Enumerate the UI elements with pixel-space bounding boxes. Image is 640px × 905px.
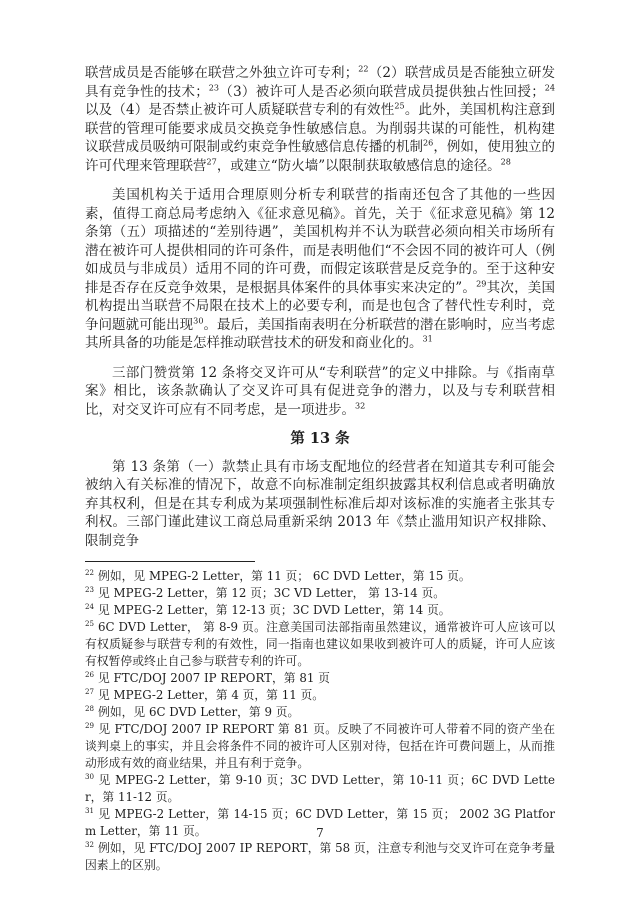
footnote-marker: 27 [85, 687, 94, 696]
footnote-marker: 30 [85, 772, 94, 781]
footnote-reference: 23 [209, 82, 219, 92]
page-content: 联营成员是否能够在联营之外独立许可专利；22（2）联营成员是否能独立研发具有竞争… [85, 64, 555, 874]
footnote-marker: 28 [85, 704, 94, 713]
footnote-marker: 31 [85, 806, 94, 815]
footnote-marker: 29 [85, 721, 94, 730]
section-heading-article-13: 第 13 条 [85, 430, 555, 449]
footnote-marker: 24 [85, 602, 94, 611]
footnote-text: 见 MPEG-2 Letter，第 4 页，第 11 页。 [98, 688, 324, 702]
footnote-text: 见 FTC/DOJ 2007 IP REPORT，第 81 页 [98, 671, 330, 685]
footnote-marker: 25 [85, 619, 94, 628]
footnote-27: 27见 MPEG-2 Letter，第 4 页，第 11 页。 [85, 687, 555, 704]
footnote-24: 24见 MPEG-2 Letter，第 12-13 页；3C DVD Lette… [85, 602, 555, 619]
footnote-reference: 25 [394, 101, 404, 111]
footnote-separator-rule [85, 561, 255, 562]
body-paragraph-1: 联营成员是否能够在联营之外独立许可专利；22（2）联营成员是否能独立研发具有竞争… [85, 64, 555, 175]
body-paragraph-2: 美国机构关于适用合理原则分析专利联营的指南还包含了其他的一些因素，值得工商总局考… [85, 186, 555, 353]
footnote-26: 26见 FTC/DOJ 2007 IP REPORT，第 81 页 [85, 670, 555, 687]
footnote-reference: 28 [501, 156, 511, 166]
footnote-29: 29见 FTC/DOJ 2007 IP REPORT 第 81 页。反映了不同被… [85, 721, 555, 772]
footnote-marker: 26 [85, 670, 94, 679]
footnote-22: 22例如，见 MPEG-2 Letter，第 11 页； 6C DVD Lett… [85, 568, 555, 585]
footnote-reference: 32 [355, 400, 365, 410]
footnote-text: 例如，见 6C DVD Letter，第 9 页。 [98, 705, 299, 719]
document-page: 联营成员是否能够在联营之外独立许可专利；22（2）联营成员是否能独立研发具有竞争… [0, 0, 640, 905]
footnote-marker: 23 [85, 585, 94, 594]
footnote-reference: 24 [545, 82, 555, 92]
page-number: 7 [0, 826, 640, 840]
footnote-text: 见 MPEG-2 Letter，第 12 页；3C VD Letter， 第 1… [98, 586, 445, 600]
footnote-marker: 32 [85, 840, 94, 849]
footnote-32: 32例如，见 FTC/DOJ 2007 IP REPORT，第 58 页，注意专… [85, 840, 555, 874]
footnote-marker: 22 [85, 568, 94, 577]
footnote-text: 6C DVD Letter， 第 8-9 页。注意美国司法部指南虽然建议，通常被… [85, 620, 555, 668]
footnote-text: 见 MPEG-2 Letter，第 9-10 页；3C DVD Letter，第… [85, 773, 555, 804]
footnote-30: 30见 MPEG-2 Letter，第 9-10 页；3C DVD Letter… [85, 772, 555, 806]
footnote-reference: 30 [193, 315, 203, 325]
footnote-28: 28例如，见 6C DVD Letter，第 9 页。 [85, 704, 555, 721]
footnote-text: 例如，见 MPEG-2 Letter，第 11 页； 6C DVD Letter… [98, 569, 471, 583]
footnote-reference: 27 [207, 156, 217, 166]
footnote-23: 23见 MPEG-2 Letter，第 12 页；3C VD Letter， 第… [85, 585, 555, 602]
footnote-reference: 22 [358, 64, 368, 74]
footnote-reference: 31 [423, 334, 433, 344]
footnote-text: 见 MPEG-2 Letter，第 12-13 页；3C DVD Letter，… [98, 603, 451, 617]
footnote-reference: 26 [423, 138, 433, 148]
footnote-text: 见 FTC/DOJ 2007 IP REPORT 第 81 页。反映了不同被许可… [85, 722, 555, 770]
body-paragraph-4: 第 13 条第（一）款禁止具有市场支配地位的经营者在知道其专利可能会被纳入有关标… [85, 458, 555, 551]
body-paragraph-3: 三部门赞赏第 12 条将交叉许可从“专利联营”的定义中排除。与《指南草案》相比，… [85, 364, 555, 420]
footnote-25: 256C DVD Letter， 第 8-9 页。注意美国司法部指南虽然建议，通… [85, 619, 555, 670]
footnote-reference: 29 [476, 278, 486, 288]
footnote-text: 例如，见 FTC/DOJ 2007 IP REPORT，第 58 页，注意专利池… [85, 841, 555, 872]
